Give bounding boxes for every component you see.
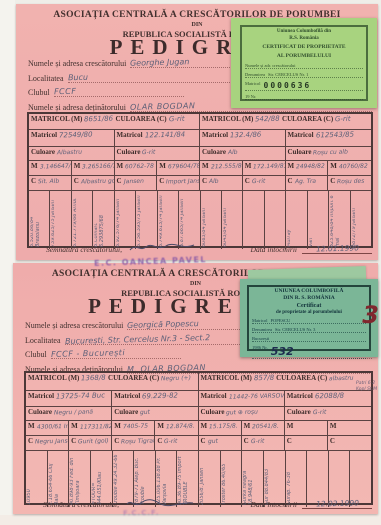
ancestor-value: 6.92.576/74 Jansen [116,193,135,247]
sticker-serial-number: 0000636 [264,81,312,90]
c-value: Import Jansen [166,177,200,185]
m-cell: M [328,421,371,435]
locality-value: Bucu [67,72,87,82]
culoare-label: Culoare [288,148,312,156]
matricol-cell: Matricol612543/85 [286,130,372,146]
m-value: 212.555/80 [211,163,243,171]
m-value: 3.265166/79 [82,162,114,170]
c-label: C [114,437,119,445]
culoare-value: G-rit [142,149,155,156]
ancestor-cell: 6.92.576/74 Jansen [115,191,136,249]
m-value: 60762-78 [125,163,154,171]
c-cell: Cgut [199,436,242,450]
matricol-cell: Matricol122.141/84 [115,130,201,146]
matricol-m-label: MATRICOL (M) [31,115,82,123]
matricol-cell: Matricol72549/80 [29,130,115,146]
matricol-m-label: MATRICOL (M) [202,115,253,123]
club-value: FCCF [54,87,77,97]
matricol-m-value: 8651/86 [84,115,113,124]
m-value: 40760/82 [339,163,368,171]
m-cell: M172.149/81 [243,161,286,175]
greatgrandparent-c-row: CNegru Jansen CGurit (gol) CRoșu Tigrat … [26,436,371,451]
c-cell: CAlbastru gol [72,176,115,190]
pedigree-certificate-1: ASOCIAȚIA CENTRALĂ A CRESCĂTORILOR DE PO… [16,4,378,260]
matricol-label: Matricol [288,131,314,139]
culoarea-c-value: Negru (+) [161,375,191,383]
header-cell-male: MATRICOL (M) 1368/8 CULOAREA (C) Negru (… [26,373,199,390]
c-cell: CG-rit [242,436,285,450]
culoare-label: Culoare [114,408,138,416]
matricol-value: 122.141/84 [144,130,184,139]
ancestor-cell: Van [308,191,329,249]
c-label: C [117,177,122,185]
table-header-row: MATRICOL (M) 1368/8 CULOAREA (C) Negru (… [26,373,371,391]
ancestor-cell: 6.749.615/74 Jansen [158,191,179,249]
culoarea-c-value: G-rit [169,115,185,123]
culoare-label: Culoare [117,148,141,156]
ancestor-cell: 6063/84 Jansen [201,191,222,249]
club-value-line: FCCF - București [51,349,181,359]
m-value: 117311/82 Imp. Gurka [80,422,113,431]
stamp-number-value: 532 [271,345,294,358]
sticker-matricol-label: Matricol [245,81,261,90]
c-value: G-rit [252,178,265,185]
stamp-row-city: București [252,336,366,342]
breeder-value: Georghe Jugan [130,57,190,68]
sticker-org-line2: R.S. România [245,36,363,43]
ancestor-value: 6.721.779/66 Arndt [73,193,92,247]
culoare-cell: CuloareAlb [200,147,286,160]
c-label: C [330,437,335,445]
m-label: M [201,422,208,430]
c-label: C [201,437,206,445]
matricol-cell: Matricol11442-76 VARSOVIA [199,391,285,406]
greatgrandparent-c-row: CSit. Alb CAlbastru gol CJansen CImport … [29,176,371,191]
culoare-cell: CuloareG-rit [115,147,201,160]
c-label: C [74,177,79,185]
m-label: M [31,162,38,170]
table-header-row: MATRICOL (M) 8651/86 CULOAREA (C) G-rit … [29,114,371,130]
m-value: 3.146647/76 [40,162,72,170]
culoare-value: Albastru [57,149,82,157]
c-value: Alb [209,178,219,185]
m-value: 24948/82 [296,163,325,171]
date-label: Data întocmirii [251,500,297,509]
locality-label: Localitatea [28,74,64,83]
ancestor-value: 6.749.615/74 Jansen [159,193,178,247]
greatgrandparent-m-row: M4300/61 Imp. Gurka M117311/82 Imp. Gurk… [26,421,371,436]
m-label: M [71,422,78,430]
ownership-certificate-sticker: Uniunea Columbofilă din R.S. România CER… [231,18,377,108]
locality-value: București, Str. Cercelus Nr.3 - Sect.2 [64,333,209,346]
culoare-label: Culoare [31,148,55,156]
club-value: FCCF - București [51,348,125,359]
signature-mark [128,242,198,254]
c-label: C [157,437,162,445]
m-label: M [244,422,251,430]
m-cell: M15.175/8. [199,421,242,435]
sticker-row-breeder: Numele și adr. crescătorului [245,63,363,69]
m-cell: M12.874/8. [155,421,198,435]
ancestor-value [266,193,285,247]
matricol-label: Matricol [201,392,227,400]
sticker-row-year: 19 Nr. [245,94,363,100]
c-value: Jansen [123,178,143,186]
matricol-cell: Matricol13725-74 Buc [26,391,112,406]
grandparent-culoare-row: CuloareNegru / pană Culoaregut Culoaregu… [26,407,371,421]
m-cell: M679604/78 [157,161,200,175]
locality-label: Localitatea [25,336,61,345]
sticker-title-line1: CERTIFICAT DE PROPRIETATE [245,44,363,51]
stamp-year-label: 1986 Nr. [252,345,268,358]
ancestor-cell [243,191,264,249]
m-label: M [28,422,35,430]
culoare-cell: CuloareNegru / pană [26,407,112,420]
m-label: M [330,162,337,170]
matricol-label: Matricol [28,392,54,400]
m-cell: M20541/8. [242,421,285,435]
pedigree-table: MATRICOL (M) 1368/8 CULOAREA (C) Negru (… [24,371,373,505]
c-cell: C [328,436,371,450]
m-label: M [114,422,121,430]
c-value: Roșu Tigrat [121,438,155,446]
m-cell: M212.555/80 [200,161,243,175]
ancestor-value: 6063/84 Jansen [202,193,221,247]
m-label: M [74,162,81,170]
matricol-label: Matricol [117,131,143,139]
ancestor-cell: 6.756.395/73 Jansen [136,191,157,249]
ancestor-cell: 6.721.779/66 Arndt [72,191,93,249]
m-label: M [245,162,252,170]
ancestor-cell: Murray [286,191,307,249]
c-cell: CGurit (gol) [69,436,112,450]
m-value: 15.175/8. [209,423,238,431]
matricol-label: Matricol [114,392,140,400]
matricol-value: 72549/80 [59,131,93,140]
m-cell: M24948/82 [286,161,329,175]
ancestor-value [244,193,263,247]
c-label: C [202,177,207,185]
matricol-cell: Matricol62088/8 [285,391,371,406]
matricol-value: 11442-76 VARSOVIA [228,392,284,401]
signature-label: Semnătura crescătorului, [43,500,119,509]
c-label: C [28,437,33,445]
header-cell-female: MATRICOL (M) 857/8 CULOAREA (C) albastru [199,373,372,390]
matricol-value: 13725-74 Buc [56,391,105,400]
certificate-footer: Semnătura crescătorului, Data întocmirii… [43,497,372,509]
matricol-cell: Matricol69.229-82 [112,391,198,406]
c-cell: C [285,436,328,450]
c-value: G-rit [164,438,177,445]
sticker-address-value: Str. CERCELUS Nr. 1 [268,72,308,77]
culoarea-c-value: albastru [329,375,354,383]
m-cell: M7405-75 [112,421,155,435]
m-value: 20541/8. [252,423,279,431]
scanned-pedigree-photo: ASOCIAȚIA CENTRALĂ A CRESCĂTORILOR DE PO… [0,0,381,525]
m-cell: M60762-78 [115,161,158,175]
ancestor-row: 6.520.86/84 Brezoianu 739.625/75 Jansen … [29,191,371,249]
m-label: M [288,162,295,170]
stamp-org-line2: DIN R. S. ROMÂNIA [252,295,366,302]
c-cell: CRoșu des [328,176,371,190]
m-value: 679604/78 [168,163,200,171]
matricol-cell: Matricol132.4/86 [200,130,286,146]
matricol-label: Matricol [287,392,313,400]
sticker-title-line2: AL PORUMBELULUI [245,53,363,60]
culoarea-c-value: G-rit [335,115,351,123]
m-label: M [202,162,209,170]
ancestor-value: 6.87.865/74 Jansen [180,193,199,247]
ancestor-value: Van [309,193,328,247]
c-cell: CG-rit [243,176,286,190]
culoarea-c-label: CULOAREA (C) [116,115,167,123]
date-value: 12.01.1990 [315,243,358,253]
c-value: Negru Jansen [35,437,69,445]
matricol-value: 132.4/86 [230,131,262,140]
certificate-footer: Semnătura crescătorului, Data întocmirii… [46,242,372,254]
c-label: C [159,177,164,185]
c-cell: CAlb [200,176,243,190]
stamp-title-line2: de proprietate al porumbelului [252,310,366,315]
ancestor-cell: 6.520.86/84 Brezoianu [29,191,50,249]
breeder-label: Numele și adresa crescătorului [25,321,123,330]
date-value: 12.02.1990 [315,498,358,508]
culoare-cell: CuloareG-rit [285,407,371,420]
stamp-org-line1: UNIUNEA COLUMBOFILĂ [252,288,366,295]
m-cell: M40760/82 [328,161,371,175]
grandparent-matricol-row: Matricol72549/80 Matricol122.141/84 Matr… [29,130,371,147]
c-label: C [245,177,250,185]
culoare-label: Culoare [202,148,226,156]
m-label: M [287,422,294,430]
stamp-address-label: Denumirea [252,327,272,332]
ancestor-value: Murray [287,193,306,247]
owner-label: Numele și adresa deținătorului [28,103,126,112]
sticker-row-serial: Matricol 0000636 [245,81,363,91]
culoarea-c-label: CULOAREA (C) [108,374,159,382]
grandparent-culoare-row: CuloareAlbastru CuloareG-rit CuloareAlb … [29,147,371,161]
c-value: gut [207,438,217,445]
culoare-value: Negru / pană [54,408,93,416]
culoare-label: Culoare [28,408,52,416]
c-cell: CImport Jansen [157,176,200,190]
pedigree-table: MATRICOL (M) 8651/86 CULOAREA (C) G-rit … [27,112,373,248]
m-cell: M [285,421,328,435]
culoare-value: gut [140,409,150,416]
greatgrandparent-m-row: M3.146647/76 M3.265166/79 M60762-78 M679… [29,161,371,176]
stamp-row-address: Denumirea Str. CERCELUS Nr. 3 [252,327,366,333]
matricol-value: 62088/8 [315,392,344,401]
matricol-value: 612543/85 [315,131,353,140]
ancestor-value: B.Comarc 6.293875/68 [94,193,113,247]
c-label: C [244,437,249,445]
stamp-row-name: Matricol POPESCU [252,318,366,324]
c-value: Roșu des [337,178,364,186]
culoare-value: gut ⊕ roșu [226,409,258,417]
stamp-row-number: 1986 Nr. 532 [252,345,366,359]
club-label: Clubul [28,88,50,97]
c-value: G-rit [251,438,264,445]
c-label: C [288,177,293,185]
matricol-label: Matricol [202,131,228,139]
signature-mark [125,497,195,509]
grandparent-matricol-row: Matricol13725-74 Buc Matricol69.229-82 M… [26,391,371,407]
m-label: M [330,422,337,430]
m-cell: M117311/82 Imp. Gurka [69,421,112,435]
date-value-line: 12.02.1990 [302,499,372,509]
matricol-m-value: 542/88 [255,115,280,124]
ancestor-cell: 325.648/84 Import 6 mai [329,191,350,249]
ancestor-cell [265,191,286,249]
ancestor-value: 3872/79 Jansen [352,193,371,247]
owner-value: OLAR BOGDAN [130,101,196,112]
m-value: 4300/61 Imp. Gurka [37,422,70,431]
handwritten-margin-mark: 3 [362,301,379,329]
m-cell: M4300/61 Imp. Gurka [26,421,69,435]
stamp-title-line1: Certificat [252,303,366,310]
m-label: M [159,162,166,170]
ancestor-value: 325.648/84 Import 6 mai [330,193,349,247]
sticker-row-address: Denumirea Str. CERCELUS Nr. 1 [245,72,363,78]
m-value: 172.149/81 [253,163,285,171]
culoare-cell: CuloareAlbastru [29,147,115,160]
m-cell: M3.146647/76 [29,161,72,175]
matricol-m-label: MATRICOL (M) [201,374,252,382]
pedigree-certificate-2: ASOCIAȚIA CENTRALĂ A CRESCĂTORILOR DE PO… [13,263,378,514]
date-value-line: 12.01.1990 [302,244,372,254]
photo-border-bottom [0,515,381,525]
c-cell: CRoșu Tigrat [112,436,155,450]
culoare-value: Alb [228,149,238,156]
ancestor-value: 6.520.86/84 Brezoianu [30,193,49,247]
stamp-name-value: POPESCU [271,318,291,323]
breeder-value: Georgică Popescu [127,319,199,330]
m-value: 12.874/8. [166,423,195,431]
c-cell: CG-rit [155,436,198,450]
c-label: C [31,177,36,185]
stamp-address-value: Str. CERCELUS Nr. 3 [275,327,315,332]
m-cell: M3.265166/79 [72,161,115,175]
ancestor-cell: 6043/84 Jansen [222,191,243,249]
ancestor-cell: 739.625/75 Jansen [50,191,71,249]
c-label: C [71,437,76,445]
ownership-certificate-stamp: UNIUNEA COLUMBOFILĂ DIN R. S. ROMÂNIA Ce… [240,279,378,357]
club-ink-stamp: F.C.C.F. [123,509,160,518]
c-value: Albastru gol [81,178,115,186]
matricol-m-label: MATRICOL (M) [28,374,79,382]
c-cell: CSit. Alb [29,176,72,190]
c-cell: CJansen [115,176,158,190]
culoarea-c-label: CULOAREA (C) [276,374,327,382]
matricol-m-value: 1368/8 [81,374,106,383]
ancestor-cell: 3872/79 Jansen [351,191,371,249]
c-label: C [330,177,335,185]
header-cell-male: MATRICOL (M) 8651/86 CULOAREA (C) G-rit [29,114,200,129]
handwritten-margin-note: Patri 6-2 Kopl Șt.M [356,381,378,393]
culoarea-c-label: CULOAREA (C) [282,115,333,123]
sticker-address-label: Denumirea [245,72,265,77]
culoare-label: Culoare [287,408,311,416]
club-value-line: FCCF [54,87,184,97]
matricol-m-value: 857/8 [254,374,274,383]
m-label: M [117,162,124,170]
ancestor-cell: B.Comarc 6.293875/68 [93,191,114,249]
sticker-frame: Uniunea Columbofilă din R.S. România CER… [240,25,368,101]
culoare-value: G-rit [313,409,326,416]
breeder-label: Numele și adresa crescătorului [28,59,126,68]
culoare-cell: Culoaregut [112,407,198,420]
culoare-value: Roșu cu alb [313,149,348,157]
ancestor-value: 6043/84 Jansen [223,193,242,247]
matricol-label: Matricol [31,131,57,139]
club-label: Clubul [25,350,47,359]
stamp-frame: UNIUNEA COLUMBOFILĂ DIN R. S. ROMÂNIA Ce… [247,285,371,351]
ancestor-cell: 6.87.865/74 Jansen [179,191,200,249]
ancestor-value: 6.756.395/73 Jansen [137,193,156,247]
ancestor-value: 739.625/75 Jansen [51,193,70,247]
c-value: Ag. Tra [294,178,315,186]
m-value: 7405-75 [123,423,148,431]
c-cell: CNegru Jansen [26,436,69,450]
culoare-label: Culoare [201,408,225,416]
matricol-value: 69.229-82 [142,392,178,401]
stamp-matricol-label: Matricol [252,318,268,323]
date-label: Data întocmirii [251,245,297,254]
signature-label: Semnătura crescătorului, [46,245,122,254]
c-label: C [287,437,292,445]
c-cell: CAg. Tra [286,176,329,190]
m-label: M [157,422,164,430]
culoare-cell: Culoaregut ⊕ roșu [199,407,285,420]
c-value: Sit. Alb [38,178,59,186]
header-cell-female: MATRICOL (M) 542/88 CULOAREA (C) G-rit [200,114,371,129]
culoare-cell: CuloareRoșu cu alb [286,147,372,160]
c-value: Gurit (gol) [78,438,109,446]
